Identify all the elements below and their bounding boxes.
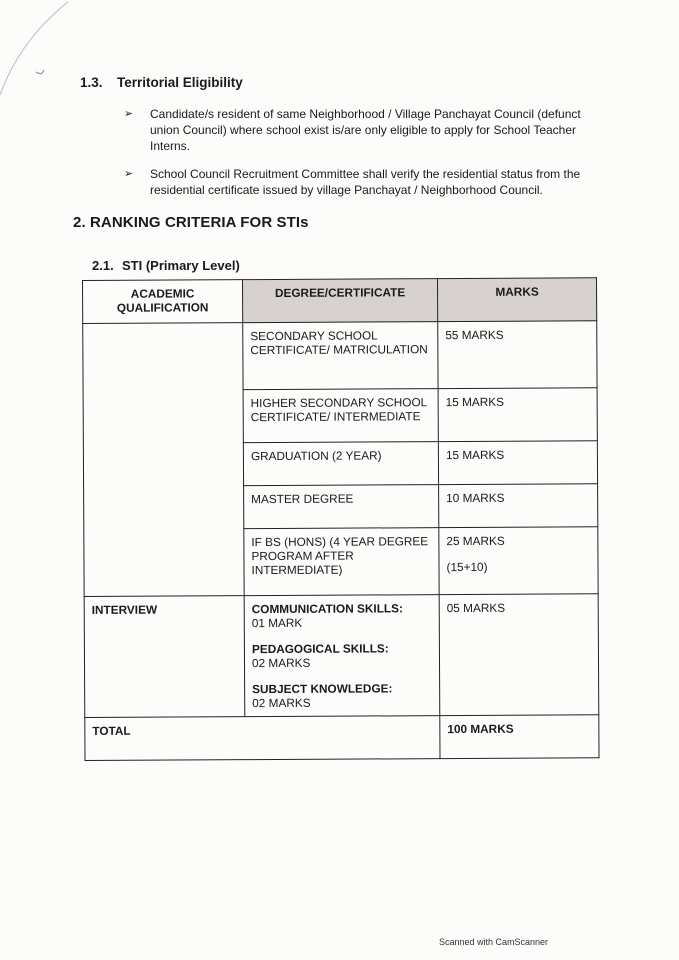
interview-item-label: PEDAGOGICAL SKILLS: <box>252 641 432 656</box>
total-label: TOTAL <box>85 716 440 761</box>
degree-cell: GRADUATION (2 YEAR) <box>243 442 438 486</box>
interview-item: PEDAGOGICAL SKILLS: 02 MARKS <box>252 641 432 670</box>
interview-components: COMMUNICATION SKILLS: 01 MARK PEDAGOGICA… <box>244 595 440 717</box>
arrow-bullet-icon: ➢ <box>124 106 133 122</box>
interview-item-value: 01 MARK <box>252 615 432 630</box>
document-page: 1.3.Territorial Eligibility ➢ Candidate/… <box>0 0 679 960</box>
section-title: STI (Primary Level) <box>122 258 240 273</box>
degree-cell: HIGHER SECONDARY SCHOOL CERTIFICATE/ INT… <box>243 389 438 443</box>
interview-item: SUBJECT KNOWLEDGE: 02 MARKS <box>252 681 432 710</box>
table-header-row: ACADEMIC QUALIFICATION DEGREE/CERTIFICAT… <box>83 278 597 324</box>
section-2-heading: 2. RANKING CRITERIA FOR STIs <box>73 214 309 231</box>
marks-breakdown: (15+10) <box>446 559 590 574</box>
marks-cell: 10 MARKS <box>439 484 598 528</box>
section-number: 2.1. <box>92 258 122 273</box>
header-marks: MARKS <box>437 278 596 322</box>
section-2-1-heading: 2.1.STI (Primary Level) <box>92 258 240 273</box>
interview-marks: 05 MARKS <box>439 594 599 716</box>
marks-cell: 15 MARKS <box>438 441 597 485</box>
camscanner-watermark: Scanned with CamScanner <box>439 937 548 947</box>
ranking-criteria-table: ACADEMIC QUALIFICATION DEGREE/CERTIFICAT… <box>82 277 600 761</box>
interview-item-value: 02 MARKS <box>252 695 432 710</box>
header-academic-qualification: ACADEMIC QUALIFICATION <box>83 280 243 324</box>
marks-cell: 55 MARKS <box>438 321 597 389</box>
bullet-text: Candidate/s resident of same Neighborhoo… <box>150 106 602 154</box>
marks-cell: 15 MARKS <box>438 388 597 442</box>
interview-item: COMMUNICATION SKILLS: 01 MARK <box>252 601 432 630</box>
section-number: 1.3. <box>80 75 117 90</box>
degree-cell: MASTER DEGREE <box>244 485 439 529</box>
degree-cell: IF BS (HONS) (4 YEAR DEGREE PROGRAM AFTE… <box>244 528 439 596</box>
interview-item-value: 02 MARKS <box>252 655 432 670</box>
marks-value: 25 MARKS <box>446 533 590 548</box>
total-row: TOTAL 100 MARKS <box>85 715 599 761</box>
interview-item-label: COMMUNICATION SKILLS: <box>252 601 432 616</box>
total-marks: 100 MARKS <box>440 715 599 759</box>
interview-item-label: SUBJECT KNOWLEDGE: <box>252 681 432 696</box>
section-1-3-heading: 1.3.Territorial Eligibility <box>80 75 243 90</box>
degree-cell: SECONDARY SCHOOL CERTIFICATE/ MATRICULAT… <box>243 322 438 390</box>
academic-merged-cell <box>83 323 244 597</box>
interview-row: INTERVIEW COMMUNICATION SKILLS: 01 MARK … <box>84 594 599 718</box>
header-degree-certificate: DEGREE/CERTIFICATE <box>243 279 438 323</box>
scan-artifact-mark <box>0 0 70 100</box>
bullet-text: School Council Recruitment Committee sha… <box>150 166 602 198</box>
arrow-bullet-icon: ➢ <box>124 166 133 182</box>
marks-cell: 25 MARKS (15+10) <box>439 527 598 595</box>
interview-label: INTERVIEW <box>84 596 245 718</box>
table-row: SECONDARY SCHOOL CERTIFICATE/ MATRICULAT… <box>83 321 597 391</box>
section-title: Territorial Eligibility <box>117 75 243 90</box>
